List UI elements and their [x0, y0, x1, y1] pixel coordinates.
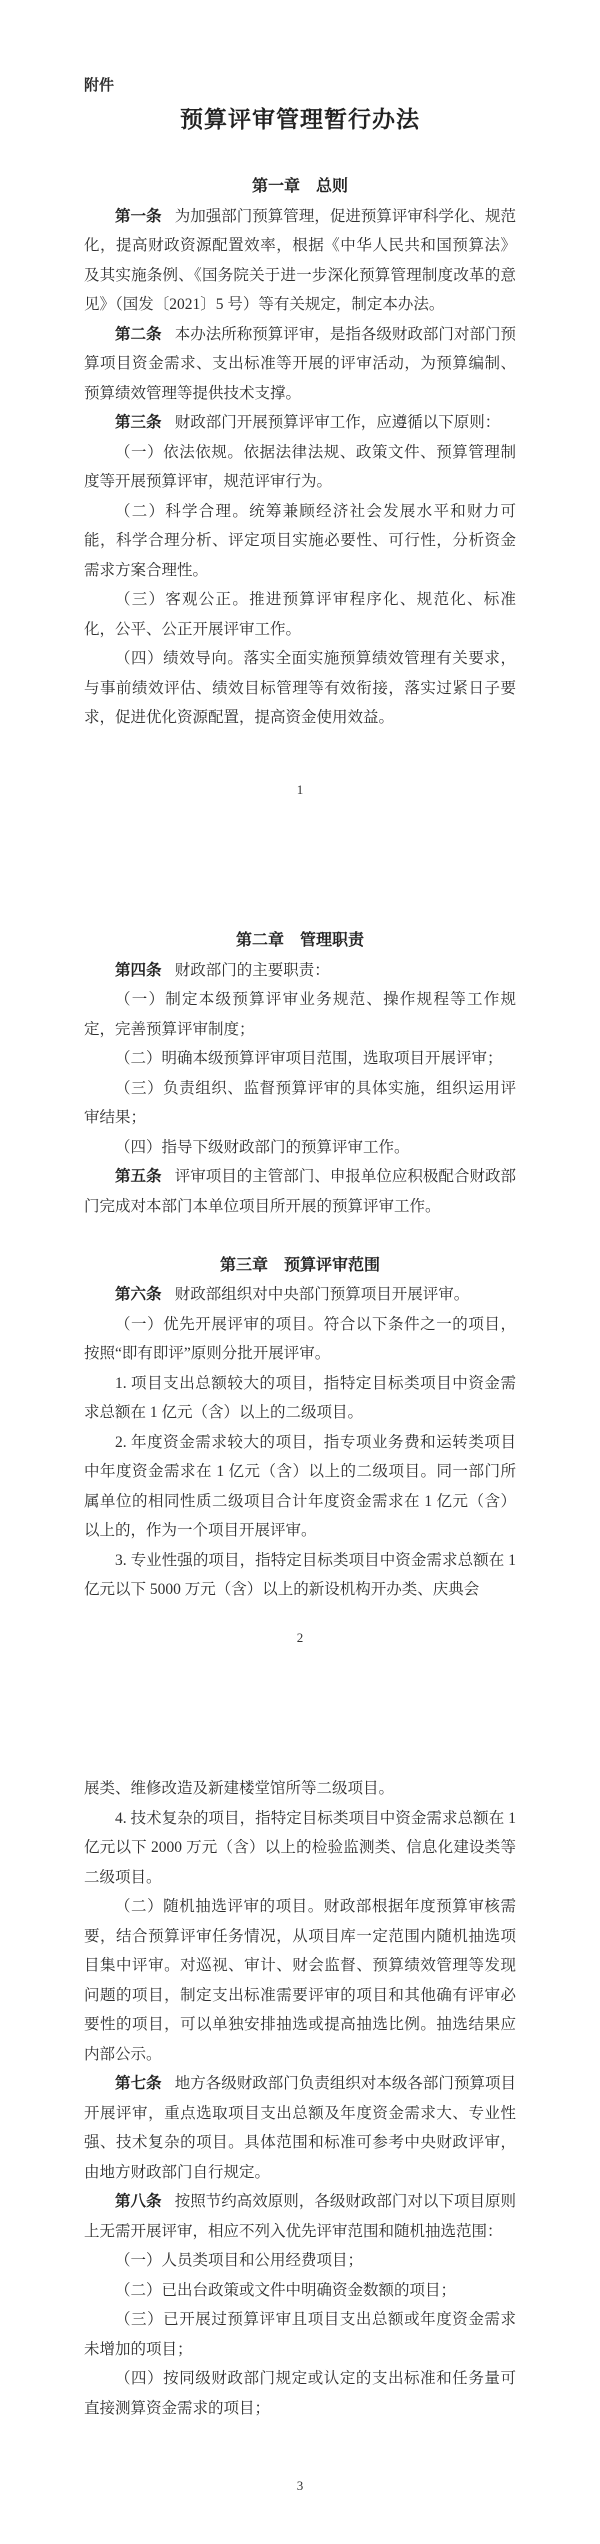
article-number: 第二条	[115, 326, 162, 343]
paragraph: （三）负责组织、监督预算评审的具体实施，组织运用评审结果；	[84, 1074, 516, 1133]
paragraph: （一）优先开展评审的项目。符合以下条件之一的项目，按照“即有即评”原则分批开展评…	[84, 1310, 516, 1369]
article-number: 第五条	[115, 1168, 162, 1185]
document-title: 预算评审管理暂行办法	[84, 104, 516, 136]
article-paragraph: 第二条本办法所称预算评审，是指各级财政部门对部门预算项目资金需求、支出标准等开展…	[84, 320, 516, 409]
paragraph: （三）已开展过预算评审且项目支出总额或年度资金需求未增加的项目；	[84, 2305, 516, 2364]
article-text: 财政部门的主要职责：	[175, 962, 330, 979]
article-paragraph: 第一条为加强部门预算管理，促进预算评审科学化、规范化，提高财政资源配置效率，根据…	[84, 202, 516, 320]
paragraph: 3. 专业性强的项目，指特定目标类项目中资金需求总额在 1 亿元以下 5000 …	[84, 1546, 516, 1605]
chapter-heading: 第三章 预算评审范围	[84, 1251, 516, 1281]
article-paragraph: 第五条评审项目的主管部门、申报单位应积极配合财政部门完成对本部门本单位项目所开展…	[84, 1162, 516, 1221]
article-paragraph: 第七条地方各级财政部门负责组织对本级各部门预算项目开展评审，重点选取项目支出总额…	[84, 2069, 516, 2187]
article-number: 第六条	[115, 1286, 162, 1303]
page-2: 第二章 管理职责第四条财政部门的主要职责：（一）制定本级预算评审业务规范、操作规…	[0, 848, 600, 1696]
chapter-heading: 第一章 总则	[84, 172, 516, 202]
article-text: 财政部组织对中央部门预算项目开展评审。	[175, 1286, 470, 1303]
page-1: 附件预算评审管理暂行办法第一章 总则第一条为加强部门预算管理，促进预算评审科学化…	[0, 0, 600, 848]
paragraph: （四）指导下级财政部门的预算评审工作。	[84, 1133, 516, 1163]
page-number: 3	[0, 2479, 600, 2493]
paragraph: （一）制定本级预算评审业务规范、操作规程等工作规定，完善预算评审制度；	[84, 985, 516, 1044]
paragraph: （二）已出台政策或文件中明确资金数额的项目；	[84, 2276, 516, 2306]
page-3: 展类、维修改造及新建楼堂馆所等二级项目。4. 技术复杂的项目，指特定目标类项目中…	[0, 1696, 600, 2544]
paragraph: 2. 年度资金需求较大的项目，指专项业务费和运转类项目中年度资金需求在 1 亿元…	[84, 1428, 516, 1546]
paragraph: （三）客观公正。推进预算评审程序化、规范化、标准化，公平、公正开展评审工作。	[84, 585, 516, 644]
paragraph: （二）明确本级预算评审项目范围，选取项目开展评审；	[84, 1044, 516, 1074]
paragraph: （二）科学合理。统筹兼顾经济社会发展水平和财力可能，科学合理分析、评定项目实施必…	[84, 497, 516, 586]
article-paragraph: 第四条财政部门的主要职责：	[84, 956, 516, 986]
paragraph: （一）依法依规。依据法律法规、政策文件、预算管理制度等开展预算评审，规范评审行为…	[84, 438, 516, 497]
attachment-label: 附件	[84, 78, 516, 93]
paragraph-continuation: 展类、维修改造及新建楼堂馆所等二级项目。	[84, 1774, 516, 1804]
article-number: 第三条	[115, 414, 162, 431]
article-number: 第八条	[115, 2193, 162, 2210]
article-number: 第一条	[115, 208, 162, 225]
document-view: 附件预算评审管理暂行办法第一章 总则第一条为加强部门预算管理，促进预算评审科学化…	[0, 0, 600, 2544]
article-number: 第四条	[115, 962, 162, 979]
article-number: 第七条	[115, 2075, 162, 2092]
paragraph: （四）按同级财政部门规定或认定的支出标准和任务量可直接测算资金需求的项目；	[84, 2364, 516, 2423]
page-number: 2	[0, 1631, 600, 1645]
article-paragraph: 第八条按照节约高效原则，各级财政部门对以下项目原则上无需开展评审，相应不列入优先…	[84, 2187, 516, 2246]
article-text: 财政部门开展预算评审工作，应遵循以下原则：	[175, 414, 501, 431]
paragraph: 1. 项目支出总额较大的项目，指特定目标类项目中资金需求总额在 1 亿元（含）以…	[84, 1369, 516, 1428]
paragraph: （二）随机抽选评审的项目。财政部根据年度预算审核需要，结合预算评审任务情况，从项…	[84, 1892, 516, 2069]
chapter-heading: 第二章 管理职责	[84, 926, 516, 956]
paragraph: （一）人员类项目和公用经费项目；	[84, 2246, 516, 2276]
page-number: 1	[0, 783, 600, 797]
paragraph: （四）绩效导向。落实全面实施预算绩效管理有关要求，与事前绩效评估、绩效目标管理等…	[84, 644, 516, 733]
article-paragraph: 第六条财政部组织对中央部门预算项目开展评审。	[84, 1280, 516, 1310]
article-paragraph: 第三条财政部门开展预算评审工作，应遵循以下原则：	[84, 408, 516, 438]
blank-line	[84, 1221, 516, 1251]
paragraph: 4. 技术复杂的项目，指特定目标类项目中资金需求总额在 1 亿元以下 2000 …	[84, 1804, 516, 1893]
